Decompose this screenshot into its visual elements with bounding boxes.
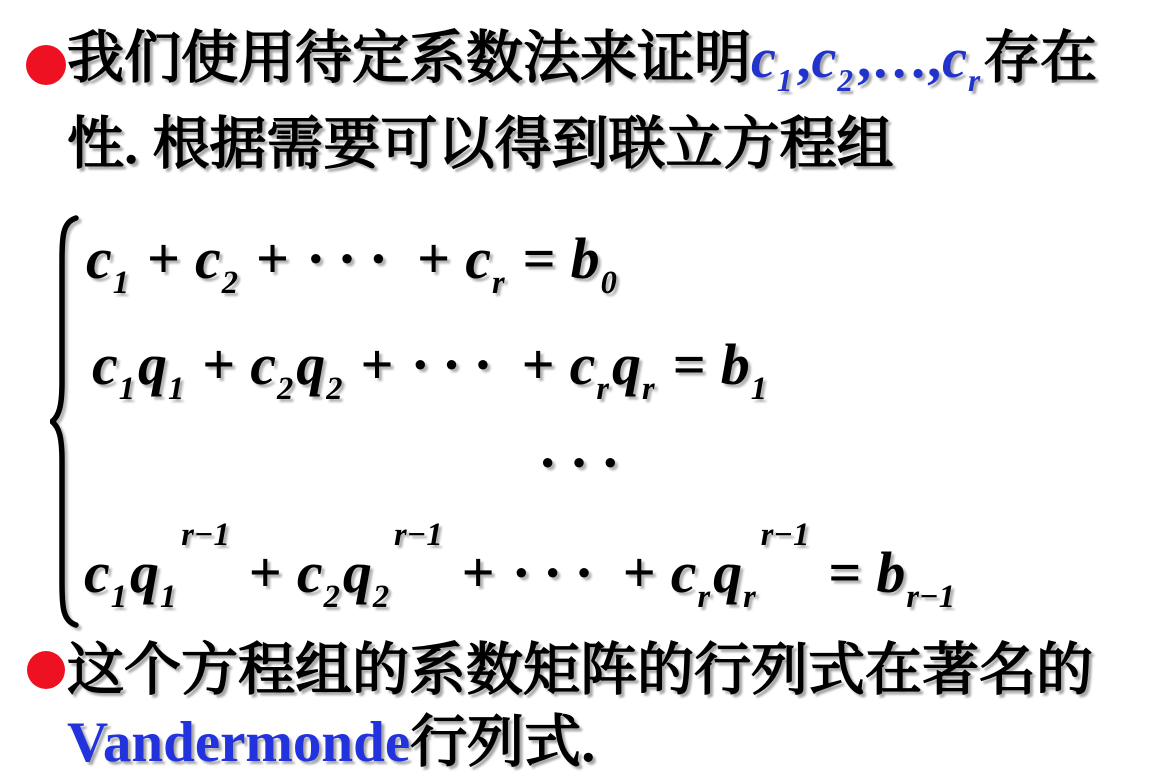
math-token: + (462, 540, 495, 605)
slide: 我们使用待定系数法来证明c1,c2,…,cr存在 性. 根据需要可以得到联立方程… (0, 0, 1158, 778)
math-token: c (84, 540, 110, 605)
math-token: 1 (168, 371, 184, 407)
math-token: = (673, 332, 706, 397)
math-token: 1 (777, 63, 793, 98)
math-token: + (147, 226, 180, 291)
math-token: c (570, 332, 596, 397)
math-token: c (671, 540, 697, 605)
math-token: c (297, 540, 323, 605)
math-token: q (130, 540, 159, 605)
math-token: c (465, 226, 491, 291)
bullet2-line2: Vandermonde行列式. (67, 710, 595, 776)
math-token: = (523, 226, 556, 291)
math-token: q (343, 540, 372, 605)
math-token: 1 (113, 265, 129, 301)
bullet2-line2-suffix: 行列式. (410, 711, 595, 774)
equation-row-3-ellipsis: ··· (536, 428, 634, 498)
math-token: + (361, 332, 394, 397)
math-token: + (202, 332, 235, 397)
math-token: 2 (277, 371, 293, 407)
math-token: r (596, 371, 609, 407)
bullet1-inline-math: c1,c2,…,cr (751, 28, 983, 90)
math-token: c (942, 28, 967, 90)
math-token: ··· (538, 430, 632, 495)
math-token: 0 (601, 265, 617, 301)
math-token: r (743, 579, 756, 615)
math-token: + (623, 540, 656, 605)
math-token: ,…, (857, 28, 941, 90)
math-token: c (250, 332, 276, 397)
bullet1-line1-prefix: 我们使用待定系数法来证明 (67, 27, 751, 90)
math-token: c (812, 28, 837, 90)
math-token: r−1 (394, 517, 443, 553)
equation-row-2: c1q1+c2q2+···+crqr=b1 (92, 330, 770, 409)
math-token: , (797, 28, 811, 90)
math-token: c (92, 332, 118, 397)
math-token: 2 (222, 265, 238, 301)
math-token: q (138, 332, 167, 397)
math-token: 1 (119, 371, 135, 407)
math-token: b (876, 540, 905, 605)
math-token: 2 (326, 371, 342, 407)
math-token: + (249, 540, 282, 605)
equation-row-1: c1+c2+···+cr=b0 (86, 224, 620, 303)
bullet2-marker-icon (27, 651, 65, 689)
vandermonde-label: Vandermonde (67, 711, 410, 774)
math-token: b (571, 226, 600, 291)
math-token: 2 (324, 579, 340, 615)
math-token: 1 (160, 579, 176, 615)
math-token: r (642, 371, 655, 407)
math-token: r−1 (906, 579, 955, 615)
math-token: + (417, 226, 450, 291)
math-token: r (698, 579, 711, 615)
math-token: r−1 (181, 517, 230, 553)
math-token: ··· (306, 226, 400, 291)
math-token: r (968, 63, 980, 98)
bullet1-marker-icon (26, 45, 66, 85)
math-token: 2 (373, 579, 389, 615)
bullet1-line1-suffix: 存在 (983, 27, 1097, 90)
equation-row-4: c1q1r−1+c2q2r−1+···+crqrr−1=br−1 (84, 538, 958, 617)
math-token: q (713, 540, 742, 605)
math-token: r (492, 265, 505, 301)
math-token: b (721, 332, 750, 397)
left-curly-brace-icon (50, 214, 80, 629)
math-token: q (612, 332, 641, 397)
math-token: 1 (111, 579, 127, 615)
bullet2-line1: 这个方程组的系数矩阵的行列式在著名的 (67, 638, 1093, 704)
math-token: + (256, 226, 289, 291)
math-token: q (296, 332, 325, 397)
bullet1-line1: 我们使用待定系数法来证明c1,c2,…,cr存在 (67, 26, 1097, 100)
math-token: + (522, 332, 555, 397)
math-token: ··· (411, 332, 505, 397)
math-token: c (86, 226, 112, 291)
math-token: r−1 (761, 517, 810, 553)
math-token: ··· (512, 540, 606, 605)
math-token: = (828, 540, 861, 605)
math-token: c (195, 226, 221, 291)
math-token: 2 (837, 63, 853, 98)
math-token: c (751, 28, 776, 90)
math-token: 1 (751, 371, 767, 407)
bullet1-line2: 性. 根据需要可以得到联立方程组 (67, 112, 894, 178)
